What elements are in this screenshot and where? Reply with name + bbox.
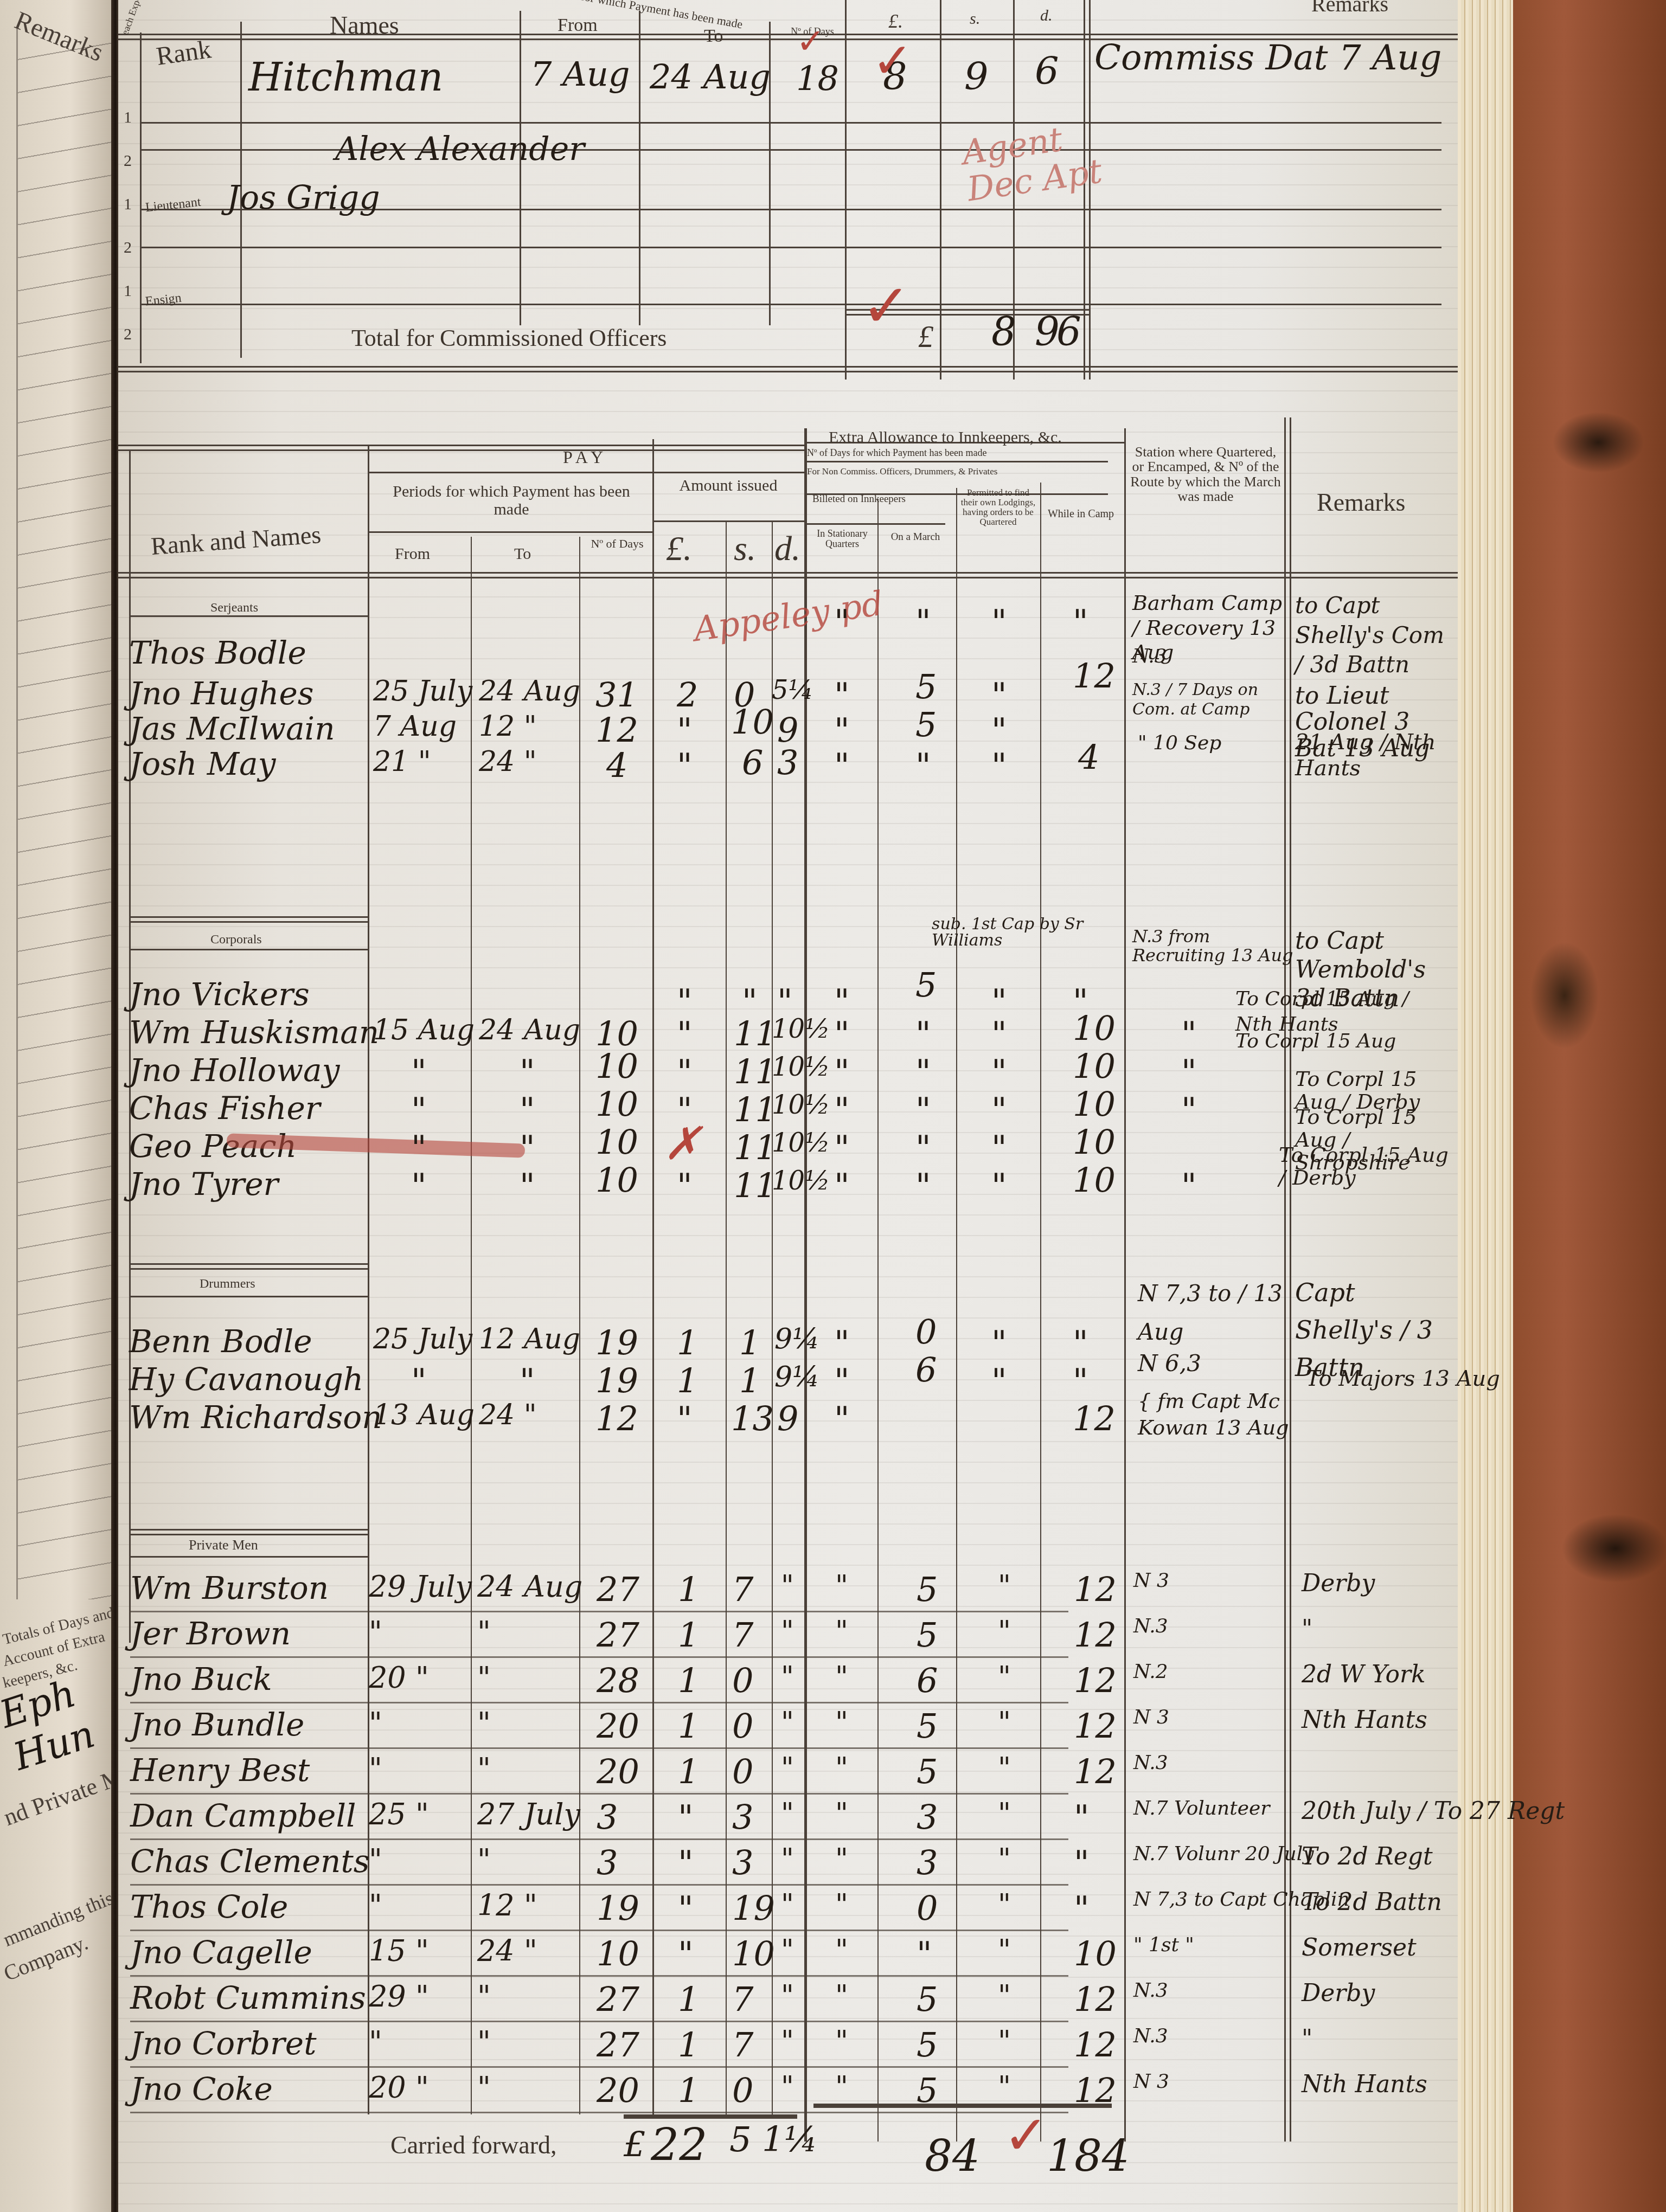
- amount-pounds: 1: [678, 1979, 699, 2019]
- march-days: ": [915, 1090, 931, 1129]
- amount-pounds: 1: [678, 2070, 699, 2110]
- private-name: Jno Buck: [130, 1661, 272, 1697]
- while-in-camp-header: While in Camp: [1046, 504, 1116, 524]
- amount-shillings: 6: [742, 743, 763, 782]
- private-name: Henry Best: [130, 1752, 310, 1789]
- amount-pence: ": [781, 1615, 794, 1648]
- private-name: Dan Campbell: [130, 1797, 356, 1834]
- non-commissioned-header: For Non Commiss. Officers, Drummers, & P…: [807, 466, 997, 477]
- section-rule: [129, 916, 368, 923]
- permitted-days: ": [998, 1843, 1011, 1875]
- private-name: Robt Cummins: [130, 1979, 366, 2016]
- total-rule: [813, 2104, 1112, 2108]
- from-header: From: [558, 15, 598, 36]
- stationary-days: ": [834, 1361, 850, 1400]
- permitted-days: ": [998, 1934, 1011, 1966]
- table-bottom-rule: [118, 366, 1458, 372]
- station-entry: " 1st ": [1133, 1934, 1194, 1956]
- camp-days: 12: [1074, 1979, 1117, 2019]
- pay-to: 27 July: [477, 1797, 580, 1831]
- remarks-header: Remarks: [1311, 0, 1388, 17]
- amount-pounds: 1: [678, 2025, 699, 2065]
- pay-days: 20: [597, 1706, 639, 1746]
- amount-shillings: 10: [732, 1934, 775, 1973]
- station-header: Station where Quartered, or Encamped, & …: [1130, 445, 1281, 504]
- commissioned-officers-table: each Exp- Rank Names Periods for which P…: [118, 0, 1458, 390]
- stationary-days: ": [834, 602, 850, 641]
- red-checkmark: ✓: [1003, 2104, 1049, 2167]
- pay-days: 27: [597, 1979, 639, 2019]
- stationary-days: ": [834, 1166, 850, 1205]
- row-rule: [140, 304, 1441, 305]
- camp-days: 10: [1074, 1934, 1117, 1973]
- carried-forward-pence: 1¼: [762, 2120, 818, 2160]
- header-rule: [368, 531, 652, 533]
- rank-number: 1: [124, 195, 132, 214]
- pay-days: 19: [595, 1323, 638, 1362]
- amount-shillings: 19: [732, 1888, 775, 1928]
- station-entry: N.2: [1133, 1661, 1168, 1683]
- agent-red-annotation: Agent Dec Apt: [960, 115, 1110, 208]
- pay-to: ": [477, 2025, 491, 2059]
- amount-shillings: 7: [732, 1570, 753, 1609]
- red-checkmark: ✓: [861, 271, 911, 340]
- section-title-private-men: Private Men: [189, 1537, 258, 1553]
- amount-pence: ": [781, 1979, 794, 2012]
- drummer-name: Hy Cavanough: [129, 1361, 363, 1398]
- amount-pence: 10½: [772, 1014, 830, 1044]
- header-rule: [804, 523, 945, 525]
- row-rule: [130, 1793, 1068, 1795]
- amount-shillings: 11: [734, 1090, 777, 1129]
- station-entry: N.3: [1133, 2025, 1168, 2047]
- station-entry: N.3 / 7 Days on Com. at Camp: [1132, 680, 1284, 719]
- column-divider: [639, 11, 640, 325]
- pay-days: 19: [597, 1888, 639, 1928]
- amount-pounds: 1: [678, 1706, 699, 1746]
- pay-from: 15 Aug: [373, 1014, 475, 1046]
- amount-pounds: ": [678, 1888, 694, 1928]
- pay-from: 29 ": [369, 1979, 429, 2014]
- stationary-days: ": [834, 1323, 850, 1362]
- permitted-days: ": [998, 2070, 1011, 2103]
- red-annotation: Appeley pd: [691, 583, 886, 649]
- row-rule: [130, 1702, 1068, 1703]
- pay-days: 12: [595, 1399, 638, 1438]
- pay-days: 12: [595, 710, 638, 750]
- header-rule: [652, 520, 804, 522]
- pay-days: 27: [597, 1615, 639, 1655]
- permitted-days: ": [998, 2025, 1011, 2057]
- stationary-days: ": [835, 1797, 848, 1830]
- pay-from: 25 July: [373, 1323, 472, 1355]
- amount-pounds: 2: [677, 675, 698, 715]
- stationary-days: ": [834, 710, 850, 750]
- pay-to: ": [477, 1843, 491, 1877]
- march-days: 5: [915, 965, 937, 1005]
- amount-shillings: 0: [732, 1706, 753, 1746]
- camp-days: 12: [1074, 2025, 1117, 2065]
- section-rule: [129, 1556, 368, 1558]
- on-march-header: On a March: [883, 531, 948, 543]
- column-divider: [1124, 428, 1126, 2142]
- amount-pence: 3: [777, 743, 798, 782]
- march-days: ": [915, 602, 931, 641]
- header-rule: [118, 445, 804, 451]
- amount-shillings: 0: [732, 1752, 753, 1791]
- stationary-days: ": [834, 1090, 850, 1129]
- permitted-days: ": [991, 1128, 1007, 1167]
- remarks-header: Remarks: [1317, 488, 1406, 517]
- pay-to: ": [477, 1752, 491, 1786]
- remark-entry: ": [1302, 2025, 1312, 2053]
- pay-to: 12 Aug: [479, 1323, 580, 1355]
- permitted-days: ": [998, 1888, 1011, 1921]
- remark-entry: To 2d Regt: [1302, 1843, 1433, 1870]
- amount-shillings: 7: [732, 2025, 753, 2065]
- carried-forward-shillings: 5: [729, 2120, 752, 2160]
- pay-days: 10: [595, 1084, 638, 1124]
- pay-days: 10: [595, 1046, 638, 1086]
- stationary-days: ": [834, 1014, 850, 1053]
- camp-days: ": [1074, 1888, 1090, 1928]
- amount-pence: ": [781, 1752, 794, 1784]
- column-divider: [772, 520, 773, 2114]
- rank-number-header: each Exp-: [119, 0, 144, 36]
- row-rule: [130, 1838, 1068, 1840]
- private-name: Thos Cole: [130, 1888, 288, 1925]
- pay-from: ": [369, 1888, 382, 1922]
- march-days: ": [915, 1052, 931, 1091]
- pay-from: 29 July: [369, 1570, 472, 1604]
- pay-from: ": [411, 1361, 427, 1400]
- section-title-corporals: Corporals: [210, 933, 262, 947]
- column-divider: [652, 439, 654, 2114]
- permitted-days: ": [998, 1979, 1011, 2012]
- extra-allowance-header: Extra Allowance to Innkeepers, &c.: [829, 428, 1062, 447]
- station-entry: ": [1181, 1166, 1197, 1205]
- march-days: 5: [917, 1752, 938, 1791]
- remark-entry: Derby: [1302, 1979, 1375, 2007]
- permitted-days: ": [991, 602, 1007, 641]
- serjeant-name: Josh May: [129, 745, 275, 782]
- amount-shillings: 0: [732, 2070, 753, 2110]
- amount-shillings: 1: [739, 1361, 760, 1400]
- section-title-serjeants: Serjeants: [210, 601, 258, 615]
- pay-from: ": [369, 1843, 382, 1877]
- section-rule: [129, 949, 368, 950]
- pay-to: 12 ": [479, 710, 537, 743]
- pay-to: 24 Aug: [477, 1570, 582, 1604]
- station-entry: N.3: [1132, 645, 1167, 667]
- camp-days: ": [1074, 1797, 1090, 1837]
- permitted-days: ": [991, 1014, 1007, 1053]
- march-days: 5: [915, 667, 937, 706]
- officer-to: 24 Aug: [650, 57, 771, 97]
- section-title-drummers: Drummers: [200, 1277, 255, 1291]
- days-paid-header: Nº of Days for which Payment has been ma…: [807, 447, 987, 459]
- corporal-name: Jno Vickers: [129, 976, 310, 1013]
- pay-days: 27: [597, 2025, 639, 2065]
- amount-shillings: 1: [739, 1323, 760, 1362]
- names-header: Names: [330, 11, 399, 40]
- pay-to: ": [520, 1361, 535, 1400]
- pay-days: 28: [597, 1661, 639, 1700]
- camp-days: 10: [1073, 1046, 1116, 1086]
- amount-pence: ": [781, 1570, 794, 1602]
- section-rule: [129, 1529, 368, 1535]
- pay-days: 20: [597, 2070, 639, 2110]
- pay-from: 25 ": [369, 1797, 429, 1831]
- station-entry: N 3: [1133, 1706, 1169, 1728]
- header-bottom-rule: [118, 572, 1458, 578]
- column-divider: [140, 33, 142, 363]
- rank-number: 1: [124, 108, 132, 127]
- permitted-days: ": [991, 675, 1007, 715]
- remark-entry: To 2d Battn: [1302, 1888, 1442, 1916]
- remark-entry: Nth Hants: [1302, 1706, 1427, 1734]
- stationary-quarters-header: In Stationary Quarters: [810, 529, 875, 549]
- remark-entry: Derby: [1302, 1570, 1375, 1597]
- amount-pounds: 1: [678, 1752, 699, 1791]
- camp-days: 12: [1073, 1399, 1116, 1438]
- station-entry: N.3: [1133, 1979, 1168, 2002]
- header-rule: [368, 472, 804, 473]
- pay-to: 12 ": [477, 1888, 537, 1922]
- march-days: 0: [915, 1312, 937, 1352]
- private-name: Wm Burston: [130, 1570, 329, 1606]
- officer-name: Hitchman: [248, 54, 443, 100]
- camp-days: 12: [1074, 1570, 1117, 1609]
- pay-days: 10: [597, 1934, 639, 1973]
- remark-entry: To Corpl 15 Aug: [1235, 1030, 1396, 1052]
- march-days: 6: [917, 1661, 938, 1700]
- station-entry: N 7,3 to / 13 Aug: [1138, 1274, 1284, 1352]
- stationary-days: ": [834, 1052, 850, 1091]
- corporal-name: Wm Huskisman: [129, 1014, 379, 1051]
- serjeant-name: Thos Bodle: [129, 634, 306, 671]
- amount-pounds: 1: [677, 1361, 698, 1400]
- pence-header: d.: [1040, 7, 1053, 25]
- pay-from: 25 July: [373, 675, 472, 708]
- amount-shillings: 11: [734, 1128, 777, 1167]
- camp-days: 12: [1073, 656, 1116, 696]
- camp-days: 12: [1074, 1661, 1117, 1700]
- stationary-days: ": [835, 1615, 848, 1648]
- pay-from: 21 ": [373, 745, 431, 778]
- camp-days: 4: [1078, 737, 1099, 777]
- camp-days: ": [1073, 1361, 1088, 1400]
- column-divider: [1284, 417, 1286, 2142]
- corporal-section-note: sub. 1st Cap by Sr Williams: [932, 916, 1127, 949]
- rank-number: 1: [124, 282, 132, 300]
- red-checkmark: ✓: [872, 33, 913, 89]
- remark-entry: To Corpl 15 Aug / Derby: [1279, 1144, 1452, 1189]
- officer-pence: 6: [1035, 49, 1059, 93]
- march-days: ": [917, 1934, 932, 1973]
- amount-pence: 10½: [772, 1052, 830, 1082]
- march-days: 6: [915, 1350, 937, 1390]
- amount-pence: 5¼: [772, 675, 813, 705]
- pay-to: 24 ": [477, 1934, 537, 1968]
- remark-entry: Somerset: [1302, 1934, 1417, 1962]
- stationary-days: ": [835, 1661, 848, 1693]
- rank-number: 2: [124, 239, 132, 257]
- amount-pounds: 1: [678, 1615, 699, 1655]
- amount-shillings: 7: [732, 1979, 753, 2019]
- pay-days: 3: [597, 1797, 618, 1837]
- stationary-days: ": [834, 675, 850, 715]
- shillings-header: s.: [970, 10, 980, 28]
- pay-to: 24 Aug: [479, 675, 580, 708]
- pay-days: 20: [597, 1752, 639, 1791]
- column-divider: [877, 499, 879, 2142]
- private-name: Jno Coke: [130, 2070, 273, 2107]
- section-rule: [129, 1296, 368, 1297]
- pay-days: 10: [595, 1122, 638, 1162]
- pay-from: ": [369, 1706, 382, 1740]
- stationary-days: ": [834, 1128, 850, 1167]
- camp-days-total: 184: [1047, 2131, 1130, 2181]
- amount-pounds: ": [678, 1843, 694, 1882]
- amount-pence: 9: [777, 1399, 798, 1438]
- remark-entry: Nth Hants: [1302, 2070, 1427, 2098]
- amount-shillings: 13: [731, 1399, 774, 1438]
- billeted-header: Billeted on Innkeepers: [812, 493, 906, 505]
- march-days: ": [915, 745, 931, 785]
- permitted-days: ": [991, 1166, 1007, 1205]
- station-entry: ": [1181, 1052, 1197, 1091]
- station-entry: ": [1181, 1090, 1197, 1129]
- private-name: Jno Cagelle: [130, 1934, 312, 1971]
- amount-shillings: 0: [732, 1661, 753, 1700]
- march-days: 5: [917, 2025, 938, 2065]
- corporal-name: Jno Holloway: [129, 1052, 339, 1089]
- march-days: ": [915, 1014, 931, 1053]
- stationary-days: ": [835, 1843, 848, 1875]
- permitted-days: ": [998, 1570, 1011, 1602]
- amount-pence: 9¼: [774, 1361, 819, 1393]
- row-rule: [130, 1975, 1068, 1977]
- pay-from: ": [411, 1052, 427, 1091]
- days-header: Nº of Days: [590, 537, 644, 551]
- red-cross-mark: ✗: [663, 1117, 701, 1170]
- pay-to: ": [520, 1090, 535, 1129]
- pay-to: ": [520, 1128, 535, 1167]
- amount-issued-header: Amount issued: [661, 477, 796, 494]
- row-rule: [130, 1611, 1068, 1612]
- station-entry: N 6,3: [1138, 1350, 1201, 1377]
- ledger-page: each Exp- Rank Names Periods for which P…: [118, 0, 1458, 2212]
- column-divider: [1040, 483, 1041, 2142]
- pay-from: 15 ": [369, 1934, 429, 1968]
- station-entry: N 3: [1133, 2070, 1169, 2093]
- pay-from: ": [369, 1615, 382, 1649]
- header-rule: [804, 461, 1108, 462]
- amount-pounds: ": [678, 1797, 694, 1837]
- march-days: 5: [917, 1979, 938, 2019]
- camp-days: 12: [1074, 1706, 1117, 1746]
- amount-pence: ": [781, 1661, 794, 1693]
- carried-forward-currency: £: [624, 2125, 646, 2165]
- pay-to: ": [477, 2070, 491, 2105]
- amount-shillings: 7: [732, 1615, 753, 1655]
- permitted-days: ": [998, 1797, 1011, 1830]
- amount-pence: 10½: [772, 1166, 830, 1196]
- column-divider: [1290, 417, 1291, 2142]
- camp-days: 10: [1073, 1008, 1116, 1048]
- amount-pence: ": [781, 1706, 794, 1739]
- column-divider: [940, 0, 941, 380]
- camp-days: 10: [1073, 1160, 1116, 1200]
- amount-pounds: 1: [678, 1570, 699, 1609]
- pay-to: ": [477, 1979, 491, 2014]
- pay-to: 24 ": [479, 745, 537, 778]
- remark-entry: 2d W York: [1302, 1661, 1426, 1688]
- station-entry: N.3: [1133, 1752, 1168, 1774]
- stationary-days: ": [835, 1706, 848, 1739]
- carried-forward-label: Carried forward,: [390, 2131, 557, 2159]
- amount-shillings: 3: [732, 1843, 753, 1882]
- amount-pounds: ": [677, 1052, 693, 1091]
- camp-days: 12: [1074, 1615, 1117, 1655]
- amount-pounds: ": [677, 745, 693, 785]
- serjeant-name: Jno Hughes: [129, 675, 313, 712]
- amount-pence: ": [781, 2070, 794, 2103]
- section-rule: [129, 615, 368, 617]
- remark-entry: ": [1302, 1615, 1312, 1643]
- corporal-name: Jno Tyrer: [129, 1166, 278, 1203]
- permitted-days: ": [991, 745, 1007, 785]
- total-pounds: 8: [991, 309, 1016, 355]
- station-entry: " 10 Sep: [1138, 732, 1221, 754]
- amount-pence: 10½: [772, 1128, 830, 1158]
- pay-days: 27: [597, 1570, 639, 1609]
- pay-header: PAY: [563, 447, 607, 467]
- private-name: Jno Corbret: [130, 2025, 316, 2062]
- book-cover-board: [1497, 0, 1666, 2212]
- pay-days: 3: [597, 1843, 618, 1882]
- march-days: 5: [915, 705, 937, 744]
- camp-days: ": [1073, 1323, 1088, 1362]
- march-days: 5: [917, 1615, 938, 1655]
- column-divider: [520, 11, 521, 325]
- stationary-days: ": [835, 1934, 848, 1966]
- officer-from: 7 Aug: [530, 54, 630, 94]
- camp-days: ": [1073, 602, 1088, 641]
- remark-entry: to Capt Shelly's Com / 3d Battn: [1295, 591, 1458, 680]
- station-entry: N.3 from Recruiting 13 Aug: [1132, 927, 1295, 965]
- pay-from: ": [411, 1090, 427, 1129]
- pay-days: 31: [595, 675, 638, 715]
- row-rule: [130, 1930, 1068, 1931]
- pay-days: 19: [595, 1361, 638, 1400]
- amount-pounds: ": [677, 1166, 693, 1205]
- permitted-days: ": [991, 1323, 1007, 1362]
- pay-days: 4: [606, 745, 627, 785]
- total-officers-label: Total for Commissioned Officers: [351, 324, 667, 352]
- pay-to: ": [477, 1615, 491, 1649]
- officer-name: Alex Alexander: [335, 130, 585, 168]
- column-divider: [956, 488, 957, 2142]
- pay-from: ": [411, 1128, 427, 1167]
- amount-pounds: ": [677, 1014, 693, 1053]
- pay-days: 10: [595, 1160, 638, 1200]
- private-name: Jno Bundle: [130, 1706, 304, 1743]
- amount-pence: ": [781, 1934, 794, 1966]
- stationary-days: ": [835, 2025, 848, 2057]
- stationary-days: ": [835, 1888, 848, 1921]
